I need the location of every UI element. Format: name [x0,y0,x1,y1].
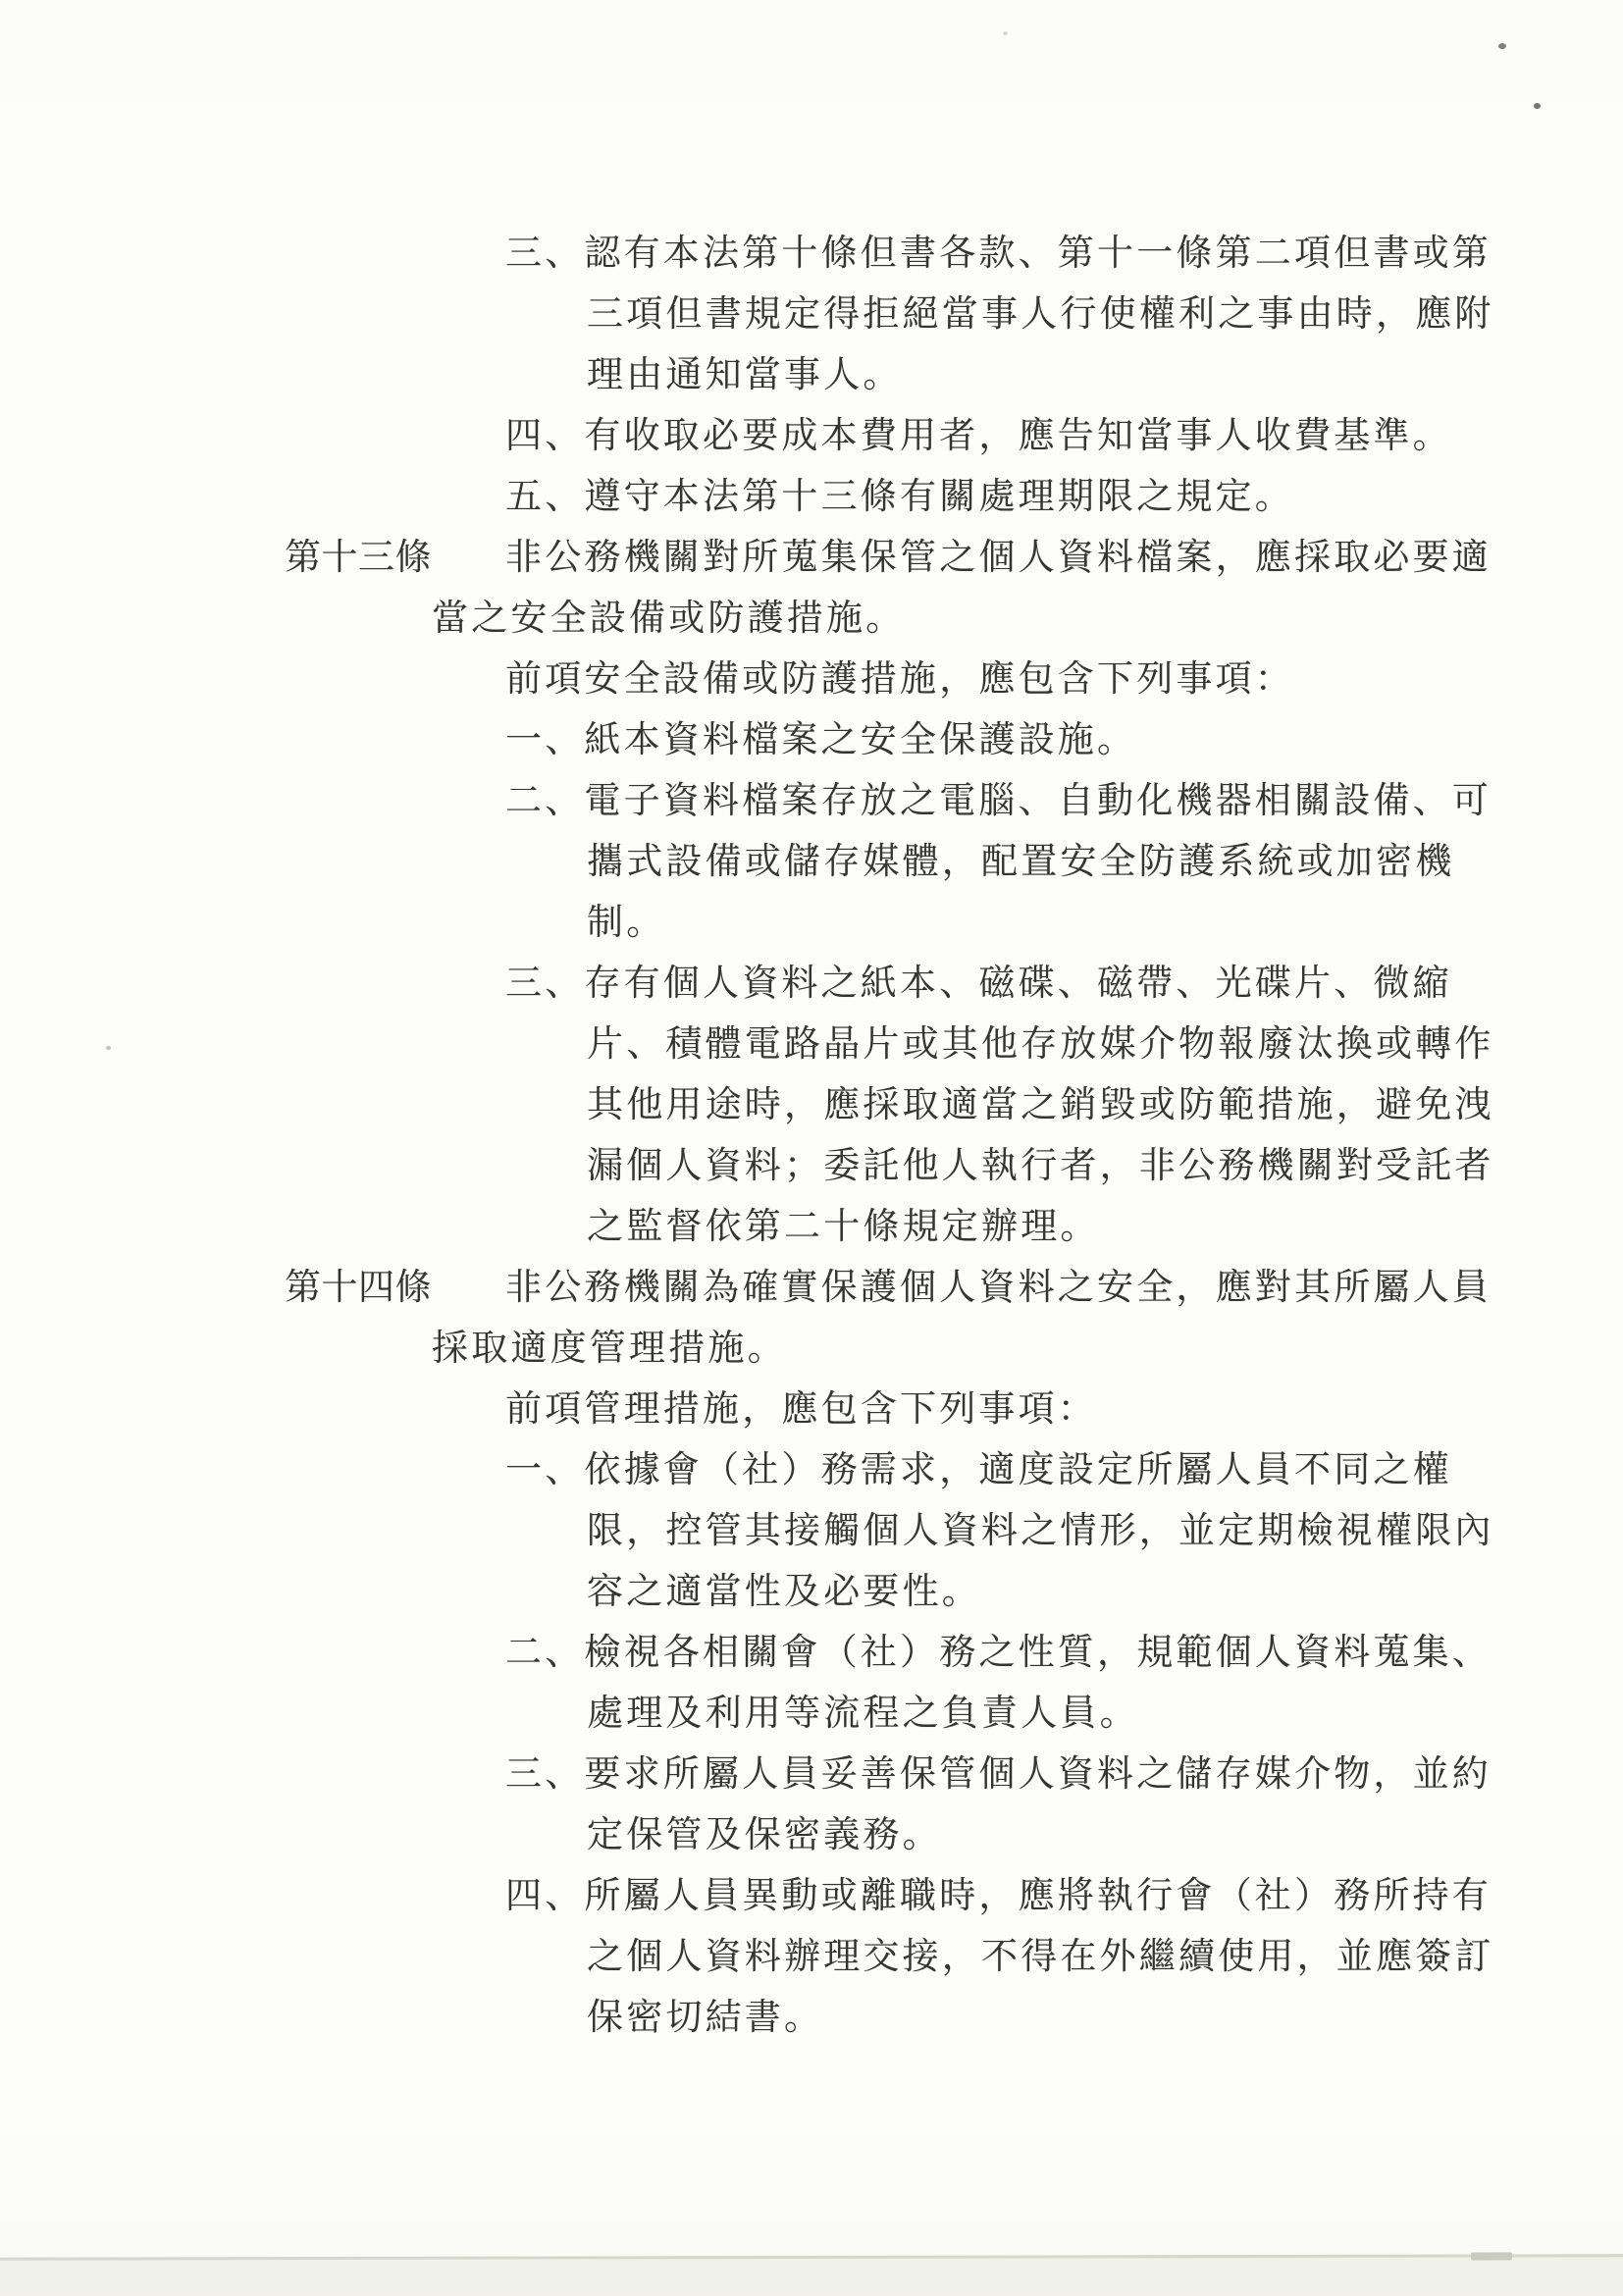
text-line: 之個人資料辦理交接，不得在外繼續使用，並應簽訂 [0,1927,1623,1988]
text-line: 攜式設備或儲存媒體，配置安全防護系統或加密機 [0,832,1623,893]
scan-speck [1534,103,1541,109]
text-line: 漏個人資料；委託他人執行者，非公務機關對受託者 [0,1136,1623,1197]
document-text-block: 三、認有本法第十條但書各款、第十一條第二項但書或第三項但書規定得拒絕當事人行使權… [0,224,1623,2049]
text-line: 二、電子資料檔案存放之電腦、自動化機器相關設備、可 [0,771,1623,832]
text-line: 三、存有個人資料之紙本、磁碟、磁帶、光碟片、微縮 [0,954,1623,1015]
text-line: 處理及利用等流程之負責人員。 [0,1684,1623,1745]
text-line: 第十三條非公務機關對所蒐集保管之個人資料檔案，應採取必要適 [0,528,1623,589]
scan-speck [106,1046,111,1050]
text-line: 四、所屬人員異動或離職時，應將執行會（社）務所持有 [0,1866,1623,1927]
text-line: 採取適度管理措施。 [0,1319,1623,1380]
text-line: 前項安全設備或防護措施，應包含下列事項： [0,650,1623,710]
text-line: 五、遵守本法第十三條有關處理期限之規定。 [0,467,1623,528]
text-line: 制。 [0,893,1623,954]
text-line: 四、有收取必要成本費用者，應告知當事人收費基準。 [0,406,1623,467]
text-line: 之監督依第二十條規定辦理。 [0,1197,1623,1258]
text-line: 一、紙本資料檔案之安全保護設施。 [0,710,1623,771]
text-line: 其他用途時，應採取適當之銷毀或防範措施，避免洩 [0,1075,1623,1136]
text-line: 三、認有本法第十條但書各款、第十一條第二項但書或第 [0,224,1623,285]
text-line: 一、依據會（社）務需求，適度設定所屬人員不同之權 [0,1440,1623,1501]
scan-paper-edge [0,2254,1623,2296]
article-number: 第十三條 [285,528,432,589]
text-line: 限，控管其接觸個人資料之情形，並定期檢視權限內 [0,1501,1623,1562]
text-line: 容之適當性及必要性。 [0,1562,1623,1623]
scan-paper-edge-step [1471,2253,1512,2261]
scan-speck [1003,31,1008,35]
text-line: 定保管及保密義務。 [0,1805,1623,1866]
text-line: 第十四條非公務機關為確實保護個人資料之安全，應對其所屬人員 [0,1258,1623,1319]
text-line: 理由通知當事人。 [0,345,1623,406]
text-line: 保密切結書。 [0,1988,1623,2049]
text-line: 前項管理措施，應包含下列事項： [0,1380,1623,1440]
text-line: 三項但書規定得拒絕當事人行使權利之事由時，應附 [0,285,1623,345]
text-line: 片、積體電路晶片或其他存放媒介物報廢汰換或轉作 [0,1015,1623,1075]
article-number: 第十四條 [285,1258,432,1319]
text-line: 當之安全設備或防護措施。 [0,589,1623,650]
scan-speck [1498,43,1506,49]
document-page: 三、認有本法第十條但書各款、第十一條第二項但書或第三項但書規定得拒絕當事人行使權… [0,0,1623,2296]
text-line: 二、檢視各相關會（社）務之性質，規範個人資料蒐集、 [0,1623,1623,1684]
text-line: 三、要求所屬人員妥善保管個人資料之儲存媒介物，並約 [0,1745,1623,1805]
